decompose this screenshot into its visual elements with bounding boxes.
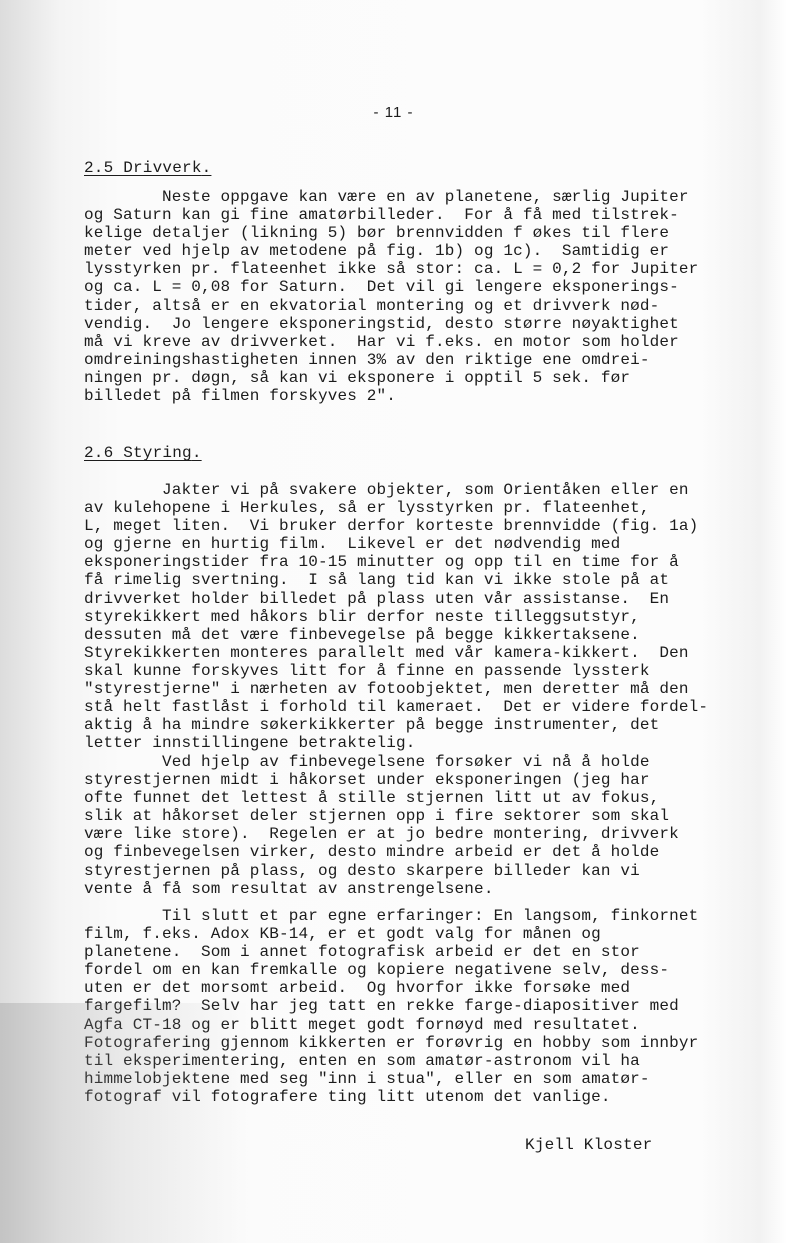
text-line: være like store). Regelen er at jo bedre… bbox=[84, 825, 784, 843]
text-line: dessuten må det være finbevegelse på beg… bbox=[84, 626, 784, 644]
text-line: av kulehopene i Herkules, så er lysstyrk… bbox=[84, 499, 784, 517]
text-line: planetene. Som i annet fotografisk arbei… bbox=[84, 943, 784, 961]
text-line: Fotografering gjennom kikkerten er forøv… bbox=[84, 1034, 784, 1052]
text-line: styrestjernen på plass, og desto skarper… bbox=[84, 862, 784, 880]
text-line: drivverket holder billedet på plass uten… bbox=[84, 590, 784, 608]
text-line: Styrekikkerten monteres parallelt med vå… bbox=[84, 644, 784, 662]
heading-text: 2.5 Drivverk bbox=[84, 159, 202, 177]
heading-text: 2.6 Styring bbox=[84, 444, 192, 462]
text-line: Jakter vi på svakere objekter, som Orien… bbox=[84, 481, 784, 499]
text-line: eksponeringstider fra 10-15 minutter og … bbox=[84, 553, 784, 571]
text-line: må vi kreve av drivverket. Har vi f.eks.… bbox=[84, 333, 784, 351]
text-line: og Saturn kan gi fine amatørbilleder. Fo… bbox=[84, 206, 784, 224]
text-line: tider, altså er en ekvatorial montering … bbox=[84, 297, 784, 315]
text-line: aktig å ha mindre søkerkikkerter på begg… bbox=[84, 716, 784, 734]
text-line: Til slutt et par egne erfaringer: En lan… bbox=[84, 907, 784, 925]
text-line: ofte funnet det lettest å stille stjerne… bbox=[84, 789, 784, 807]
text-line: fargefilm? Selv har jeg tatt en rekke fa… bbox=[84, 997, 784, 1015]
text-line: himmelobjektene med seg "inn i stua", el… bbox=[84, 1070, 784, 1088]
text-line: meter ved hjelp av metodene på fig. 1b) … bbox=[84, 242, 784, 260]
text-line: film, f.eks. Adox KB-14, er et godt valg… bbox=[84, 925, 784, 943]
text-line: få rimelig svertning. I så lang tid kan … bbox=[84, 571, 784, 589]
text-line: vente å få som resultat av anstrengelsen… bbox=[84, 880, 784, 898]
page-number: - 11 - bbox=[0, 104, 787, 121]
text-line: uten er det morsomt arbeid. Og hvorfor i… bbox=[84, 979, 784, 997]
section-heading-styring: 2.6 Styring. bbox=[84, 444, 202, 462]
text-line: Agfa CT-18 og er blitt meget godt fornøy… bbox=[84, 1016, 784, 1034]
document-page: - 11 - 2.5 Drivverk. Neste oppgave kan v… bbox=[0, 0, 787, 1243]
text-line: styrekikkert med håkors blir derfor nest… bbox=[84, 608, 784, 626]
text-line: skal kunne forskyves litt for å finne en… bbox=[84, 662, 784, 680]
text-line: "styrestjerne" i nærheten av fotoobjekte… bbox=[84, 680, 784, 698]
text-line: omdreiningshastigheten innen 3% av den r… bbox=[84, 351, 784, 369]
text-line: fordel om en kan fremkalle og kopiere ne… bbox=[84, 961, 784, 979]
paragraph-styring-3: Til slutt et par egne erfaringer: En lan… bbox=[84, 907, 784, 1106]
text-line: stå helt fastlåst i forhold til kameraet… bbox=[84, 698, 784, 716]
text-line: Neste oppgave kan være en av planetene, … bbox=[84, 188, 784, 206]
text-line: og ca. L = 0,08 for Saturn. Det vil gi l… bbox=[84, 278, 784, 296]
text-line: ningen pr. døgn, så kan vi eksponere i o… bbox=[84, 369, 784, 387]
text-line: L, meget liten. Vi bruker derfor kortest… bbox=[84, 517, 784, 535]
paragraph-styring-2: Ved hjelp av finbevegelsene forsøker vi … bbox=[84, 753, 784, 898]
author-signature: Kjell Kloster bbox=[525, 1136, 652, 1154]
text-line: slik at håkorset deler stjernen opp i fi… bbox=[84, 807, 784, 825]
text-line: til eksperimentering, enten en som amatø… bbox=[84, 1052, 784, 1070]
text-line: fotograf vil fotografere ting litt uteno… bbox=[84, 1088, 784, 1106]
text-line: og gjerne en hurtig film. Likevel er det… bbox=[84, 535, 784, 553]
text-line: og finbevegelsen virker, desto mindre ar… bbox=[84, 843, 784, 861]
text-line: vendig. Jo lengere eksponeringstid, dest… bbox=[84, 315, 784, 333]
paragraph-drivverk-1: Neste oppgave kan være en av planetene, … bbox=[84, 188, 784, 405]
paragraph-styring-1: Jakter vi på svakere objekter, som Orien… bbox=[84, 481, 784, 752]
section-heading-drivverk: 2.5 Drivverk. bbox=[84, 159, 211, 177]
text-line: styrestjernen midt i håkorset under eksp… bbox=[84, 771, 784, 789]
text-line: letter innstillingene betraktelig. bbox=[84, 734, 784, 752]
text-line: lysstyrken pr. flateenhet ikke så stor: … bbox=[84, 260, 784, 278]
text-line: kelige detaljer (likning 5) bør brennvid… bbox=[84, 224, 784, 242]
text-line: billedet på filmen forskyves 2". bbox=[84, 387, 784, 405]
text-line: Ved hjelp av finbevegelsene forsøker vi … bbox=[84, 753, 784, 771]
